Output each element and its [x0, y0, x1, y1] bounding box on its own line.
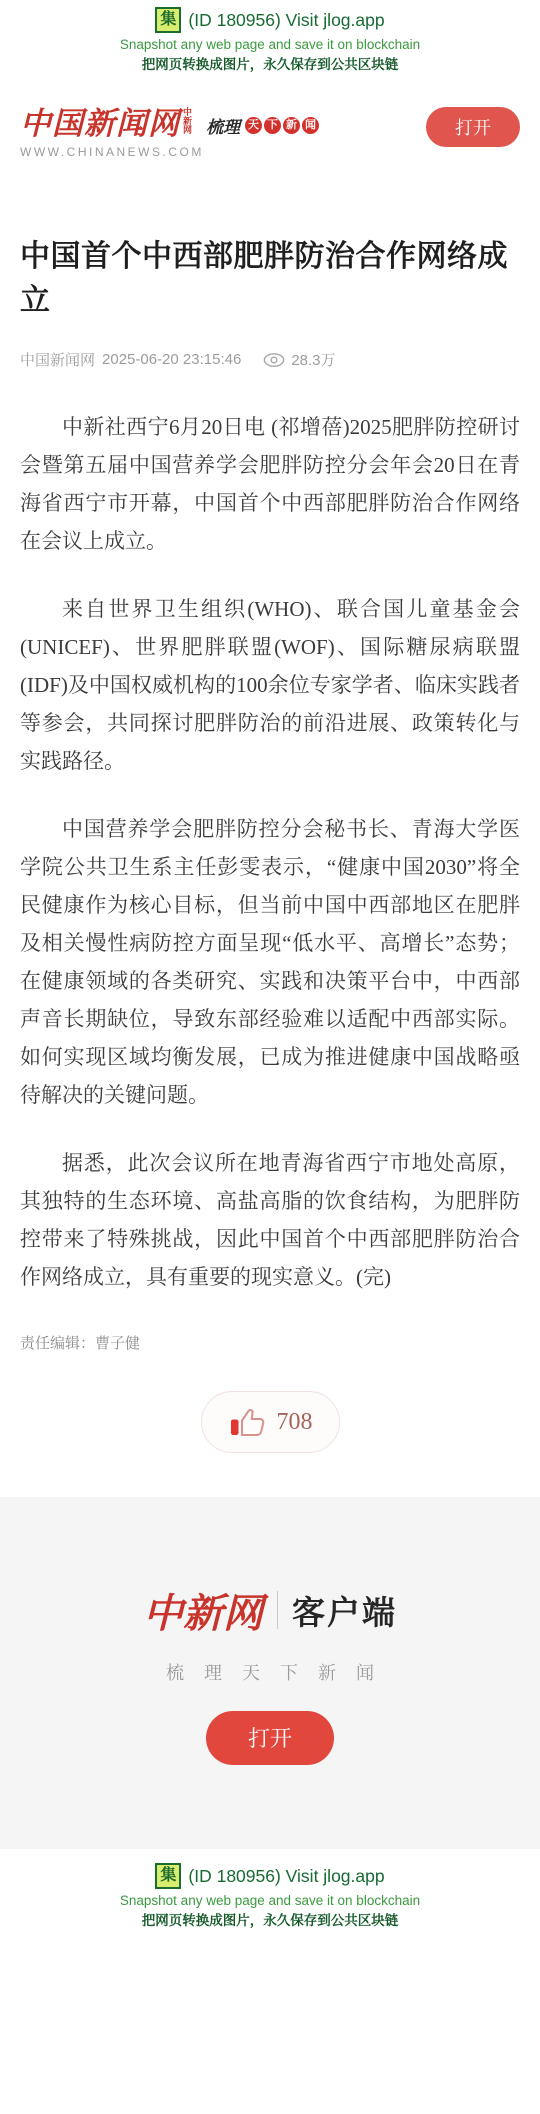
open-app-button-footer[interactable]: 打开 — [206, 1711, 334, 1765]
chinanews-logo-side-text: 中新网 — [182, 107, 192, 139]
snapshot-id-link[interactable]: (ID 180956) Visit jlog.app — [188, 1866, 384, 1887]
article-meta: 中国新闻网 2025-06-20 23:15:46 28.3万 — [20, 349, 520, 370]
article-paragraph: 据悉，此次会议所在地青海省西宁市地处高原，其独特的生态环境、高盐高脂的饮食结构，… — [20, 1144, 520, 1296]
jlog-app-icon: 集 — [155, 7, 181, 33]
stamp-char-icon: 闻 — [302, 117, 319, 134]
snapshot-tagline-en: Snapshot any web page and save it on blo… — [0, 1893, 540, 1908]
snapshot-tagline-en: Snapshot any web page and save it on blo… — [0, 37, 540, 52]
like-count-text: 708 — [277, 1409, 313, 1436]
site-url-text: WWW.CHINANEWS.COM — [20, 145, 520, 159]
view-count-text: 28.3万 — [291, 349, 335, 370]
eye-icon — [263, 352, 285, 368]
footer-logo-row: 中新网 客户端 — [143, 1582, 397, 1639]
open-app-button-header[interactable]: 打开 — [426, 107, 520, 147]
article: 中国首个中西部肥胖防治合作网络成立 中国新闻网 2025-06-20 23:15… — [0, 235, 540, 1453]
article-body: 中新社西宁6月20日电 (祁增蓓)2025肥胖防控研讨会暨第五届中国营养学会肥胖… — [20, 408, 520, 1296]
like-section: 708 — [20, 1391, 520, 1453]
snapshot-banner-top[interactable]: 集 (ID 180956) Visit jlog.app Snapshot an… — [0, 0, 540, 81]
snapshot-tagline-zh: 把网页转换成图片，永久保存到公共区块链 — [0, 53, 540, 73]
article-datetime: 2025-06-20 23:15:46 — [102, 351, 241, 368]
app-promo-footer: 中新网 客户端 梳理天下新闻 打开 — [0, 1497, 540, 1849]
like-button[interactable]: 708 — [201, 1391, 340, 1453]
snapshot-banner-id-row: 集 (ID 180956) Visit jlog.app — [155, 1863, 384, 1889]
snapshot-tagline-zh: 把网页转换成图片，永久保存到公共区块链 — [0, 1909, 540, 1929]
chinanews-logo-text: 中国新闻网 — [20, 107, 180, 141]
jlog-app-icon: 集 — [155, 1863, 181, 1889]
article-paragraph: 中国营养学会肥胖防控分会秘书长、青海大学医学院公共卫生系主任彭雯表示，“健康中国… — [20, 810, 520, 1114]
stamp-char-icon: 下 — [264, 117, 281, 134]
snapshot-banner-bottom[interactable]: 集 (ID 180956) Visit jlog.app Snapshot an… — [0, 1849, 540, 1937]
snapshot-id-link[interactable]: (ID 180956) Visit jlog.app — [188, 10, 384, 31]
footer-slogan: 梳理天下新闻 — [146, 1659, 394, 1685]
site-header: 中国新闻网 中新网 梳理 天 下 新 闻 WWW.CHINANEWS.COM 打… — [0, 81, 540, 203]
view-counter: 28.3万 — [263, 349, 335, 370]
article-title: 中国首个中西部肥胖防治合作网络成立 — [20, 235, 520, 323]
snapshot-banner-id-row: 集 (ID 180956) Visit jlog.app — [155, 7, 384, 33]
footer-client-label: 客户端 — [292, 1587, 397, 1634]
stamp-prefix-text: 梳理 — [206, 113, 240, 138]
editor-credit: 责任编辑：曹子健 — [20, 1332, 520, 1353]
stamp-char-icon: 天 — [245, 117, 262, 134]
article-source: 中国新闻网 — [20, 349, 95, 370]
slogan-stamp: 梳理 天 下 新 闻 — [206, 113, 319, 138]
article-paragraph: 中新社西宁6月20日电 (祁增蓓)2025肥胖防控研讨会暨第五届中国营养学会肥胖… — [20, 408, 520, 560]
thumbs-up-icon — [228, 1406, 268, 1438]
stamp-char-icon: 新 — [283, 117, 300, 134]
chinanews-footer-logo-text: 中新网 — [143, 1582, 263, 1639]
footer-logo-divider — [277, 1591, 278, 1629]
article-paragraph: 来自世界卫生组织(WHO)、联合国儿童基金会(UNICEF)、世界肥胖联盟(WO… — [20, 590, 520, 780]
